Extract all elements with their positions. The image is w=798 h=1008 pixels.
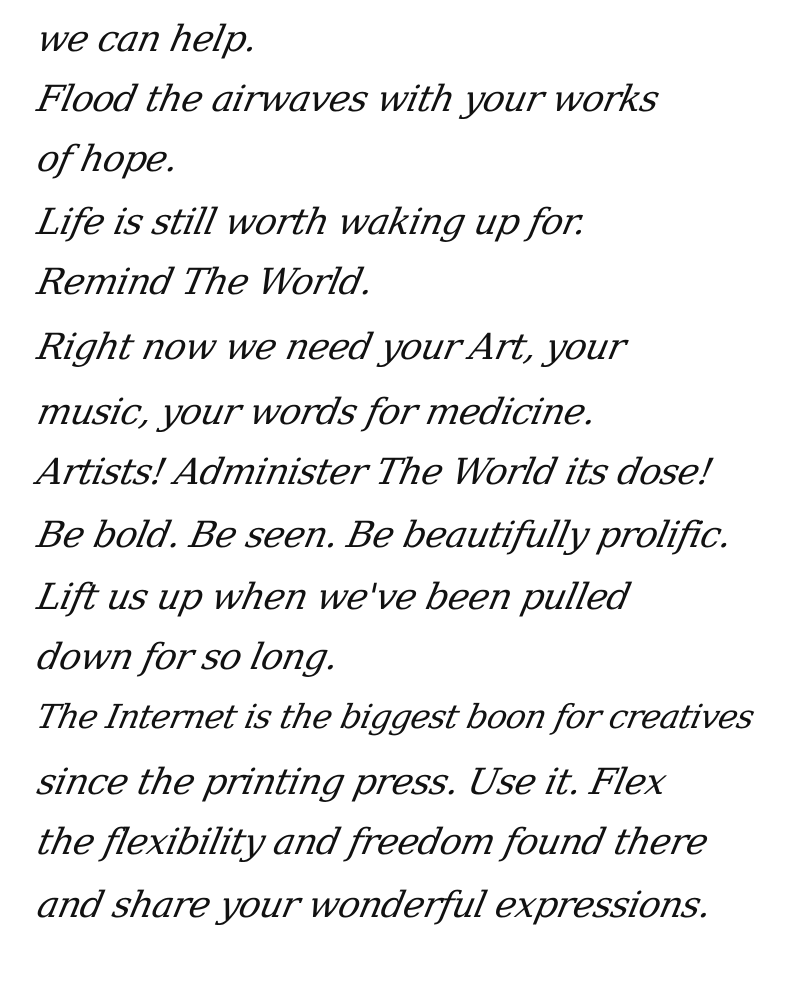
text-line: Life is still worth waking up for. <box>34 205 589 241</box>
handwritten-page: we can help. Flood the airwaves with you… <box>0 0 798 1008</box>
text-line: Lift us up when we've been pulled <box>34 580 633 616</box>
text-line: music, your words for medicine. <box>34 395 599 431</box>
text-line: Flood the airwaves with your works <box>34 82 662 118</box>
text-line: Remind The World. <box>34 265 376 301</box>
text-line: the flexibility and freedom found there <box>34 825 711 861</box>
text-line: we can help. <box>34 22 260 58</box>
text-line: since the printing press. Use it. Flex <box>34 765 669 801</box>
text-line: of hope. <box>34 142 181 178</box>
text-line: Artists! Administer The World its dose! <box>34 455 716 491</box>
text-line: The Internet is the biggest boon for cre… <box>34 700 757 733</box>
text-line: down for so long. <box>34 640 341 676</box>
text-line: and share your wonderful expressions. <box>34 888 714 924</box>
text-line: Be bold. Be seen. Be beautifully prolifi… <box>34 518 734 554</box>
text-line: Right now we need your Art, your <box>34 330 628 366</box>
